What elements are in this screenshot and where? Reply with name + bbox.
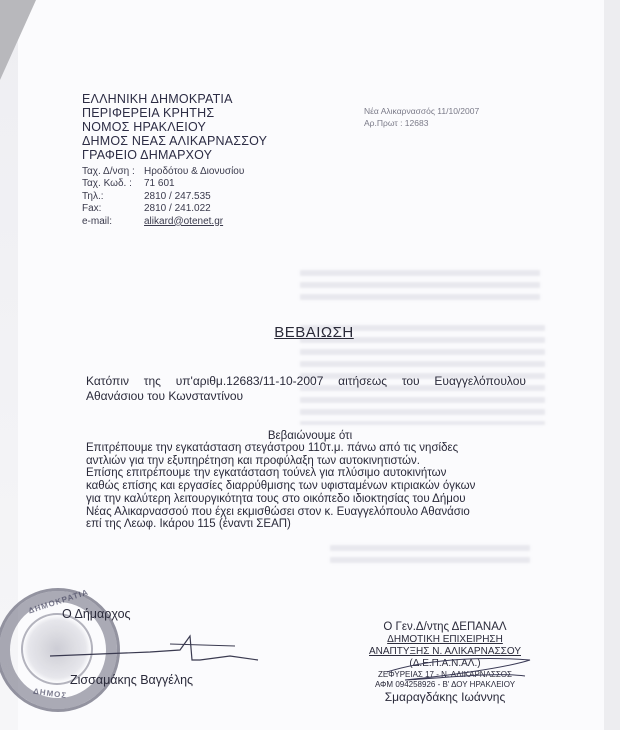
intro-word: Ευαγγελόπουλου bbox=[434, 374, 526, 389]
email-label: e-mail: bbox=[82, 216, 144, 228]
fax-value: 2810 / 241.022 bbox=[144, 203, 211, 215]
body-paragraph: Επιτρέπουμε την εγκατάσταση στεγάστρου 1… bbox=[86, 442, 534, 531]
email-link[interactable]: alikard@otenet.gr bbox=[144, 216, 223, 228]
reference-block: Νέα Αλικαρνασσός 11/10/2007 Αρ.Πρωτ : 12… bbox=[364, 105, 479, 129]
intro-line-2: Αθανάσιου του Κωνσταντίνου bbox=[86, 389, 526, 404]
intro-line-1: Κατόπιν της υπ'αριθμ.12683/11-10-2007 αι… bbox=[86, 374, 526, 389]
stamp-line: ΔΗΜΟΤΙΚΗ ΕΠΙΧΕΙΡΗΣΗ bbox=[345, 634, 545, 646]
body-line: Νέας Αλικαρνασσού που έχει εκμισθώσει στ… bbox=[86, 506, 534, 519]
intro-paragraph: Κατόπιν της υπ'αριθμ.12683/11-10-2007 αι… bbox=[86, 374, 526, 404]
scan-corner-shadow bbox=[0, 0, 36, 80]
address-label: Ταχ. Δ/νση : bbox=[82, 166, 144, 178]
protocol-number: Αρ.Πρωτ : 12683 bbox=[364, 117, 479, 129]
mayor-signature-icon bbox=[30, 630, 260, 670]
mayor-title: Ο Δήμαρχος bbox=[62, 607, 131, 621]
seal-text-bottom: ΔΗΜΟΣ bbox=[33, 687, 68, 701]
letterhead: ΕΛΛΗΝΙΚΗ ΔΗΜΟΚΡΑΤΙΑ ΠΕΡΙΦΕΡΕΙΑ ΚΡΗΤΗΣ ΝΟ… bbox=[82, 92, 267, 162]
body-line: για την καλύτερη λειτουργικότητα τους στ… bbox=[86, 493, 534, 506]
phone-row: Τηλ.: 2810 / 247.535 bbox=[82, 191, 244, 203]
body-line: καθώς επίσης και εργασίες διαρρύθμισης τ… bbox=[86, 480, 534, 493]
contact-block: Ταχ. Δ/νση : Ηροδότου & Διονυσίου Ταχ. Κ… bbox=[82, 166, 244, 228]
intro-word: της bbox=[144, 374, 161, 389]
intro-word: Κατόπιν bbox=[86, 374, 129, 389]
postcode-label: Ταχ. Κωδ. : bbox=[82, 178, 144, 190]
director-signature-icon bbox=[385, 650, 535, 690]
letterhead-line: ΔΗΜΟΣ ΝΕΑΣ ΑΛΙΚΑΡΝΑΣΣΟΥ bbox=[82, 134, 267, 148]
document-title: ΒΕΒΑΙΩΣΗ bbox=[0, 324, 620, 341]
address-value: Ηροδότου & Διονυσίου bbox=[144, 166, 244, 178]
phone-value: 2810 / 247.535 bbox=[144, 191, 211, 203]
fax-label: Fax: bbox=[82, 203, 144, 215]
document-title-text: ΒΕΒΑΙΩΣΗ bbox=[274, 324, 354, 341]
place-date: Νέα Αλικαρνασσός 11/10/2007 bbox=[364, 105, 479, 117]
body-line: Επιτρέπουμε την εγκατάσταση στεγάστρου 1… bbox=[86, 442, 534, 455]
letterhead-line: ΕΛΛΗΝΙΚΗ ΔΗΜΟΚΡΑΤΙΑ bbox=[82, 92, 267, 106]
body-line: αντλιών για την εξυπηρέτηση και προφύλαξ… bbox=[86, 455, 534, 468]
mayor-name: Ζισσαμάκης Βαγγέλης bbox=[70, 673, 193, 687]
intro-word: του bbox=[402, 374, 420, 389]
body-line: Επίσης επιτρέπουμε την εγκατάσταση τούνε… bbox=[86, 467, 534, 480]
address-row: Ταχ. Δ/νση : Ηροδότου & Διονυσίου bbox=[82, 166, 244, 178]
phone-label: Τηλ.: bbox=[82, 191, 144, 203]
confirm-heading: Βεβαιώνουμε ότι bbox=[0, 430, 620, 442]
bleed-through bbox=[330, 545, 530, 569]
bleed-through bbox=[300, 270, 540, 300]
director-title: Ο Γεν.Δ/ντης ΔΕΠΑΝΑΛ bbox=[345, 620, 545, 634]
page-edge bbox=[604, 0, 620, 730]
postcode-value: 71 601 bbox=[144, 178, 175, 190]
letterhead-line: ΝΟΜΟΣ ΗΡΑΚΛΕΙΟΥ bbox=[82, 120, 267, 134]
director-name: Σμαραγδάκης Ιωάννης bbox=[345, 690, 545, 704]
letterhead-line: ΓΡΑΦΕΙΟ ΔΗΜΑΡΧΟΥ bbox=[82, 148, 267, 162]
intro-word: υπ'αριθμ.12683/11-10-2007 bbox=[176, 374, 324, 389]
letterhead-line: ΠΕΡΙΦΕΡΕΙΑ ΚΡΗΤΗΣ bbox=[82, 106, 267, 120]
email-row: e-mail: alikard@otenet.gr bbox=[82, 216, 244, 228]
body-line: επί της Λεωφ. Ικάρου 115 (έναντι ΣΕΑΠ) bbox=[86, 518, 534, 531]
postcode-row: Ταχ. Κωδ. : 71 601 bbox=[82, 178, 244, 190]
fax-row: Fax: 2810 / 241.022 bbox=[82, 203, 244, 215]
intro-word: αιτήσεως bbox=[338, 374, 387, 389]
